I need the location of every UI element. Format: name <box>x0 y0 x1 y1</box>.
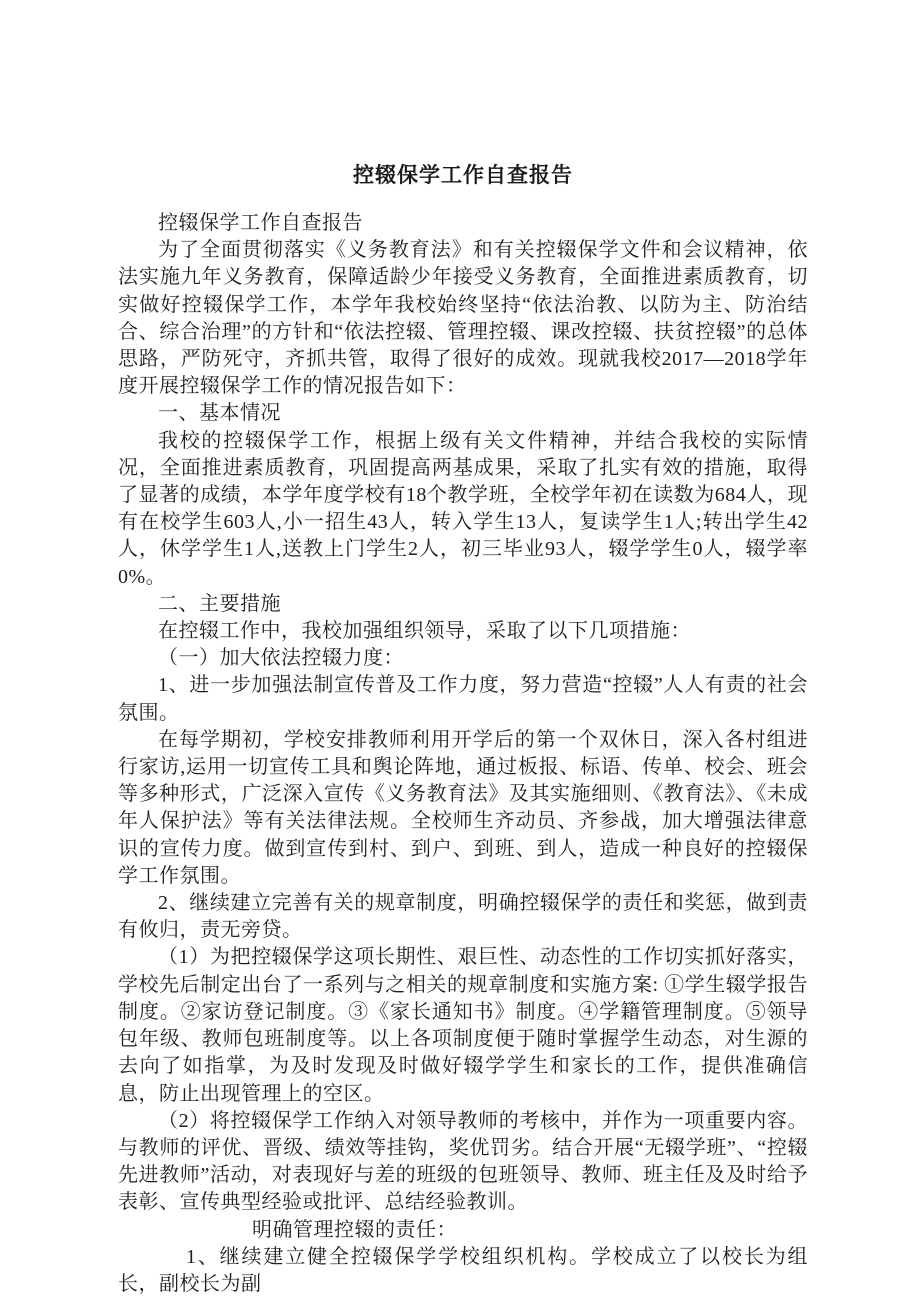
document-page: 控辍保学工作自查报告 控辍保学工作自查报告为了全面贯彻落实《义务教育法》和有关控… <box>0 0 920 1301</box>
paragraph: 2、继续建立完善有关的规章制度，明确控辍保学的责任和奖惩，做到责有攸归，责无旁贷… <box>118 890 808 944</box>
paragraph: 在控辍工作中，我校加强组织领导，采取了以下几项措施： <box>118 618 808 645</box>
paragraph: 我校的控辍保学工作，根据上级有关文件精神，并结合我校的实际情况，全面推进素质教育… <box>118 428 808 591</box>
paragraph: 明确管理控辍的责任： <box>118 1217 808 1244</box>
paragraph: 为了全面贯彻落实《义务教育法》和有关控辍保学文件和会议精神，依法实施九年义务教育… <box>118 237 808 400</box>
document-body: 控辍保学工作自查报告为了全面贯彻落实《义务教育法》和有关控辍保学文件和会议精神，… <box>118 210 808 1298</box>
paragraph: （2）将控辍保学工作纳入对领导教师的考核中，并作为一项重要内容。与教师的评优、晋… <box>118 1108 808 1217</box>
paragraph: 一、基本情况 <box>118 400 808 427</box>
paragraph: 1、进一步加强法制宣传普及工作力度，努力营造“控辍”人人有责的社会氛围。 <box>118 672 808 726</box>
paragraph: 二、主要措施 <box>118 591 808 618</box>
document-title: 控辍保学工作自查报告 <box>118 161 808 189</box>
paragraph: （一）加大依法控辍力度： <box>118 645 808 672</box>
paragraph: （1）为把控辍保学这项长期性、艰巨性、动态性的工作切实抓好落实，学校先后制定出台… <box>118 944 808 1107</box>
paragraph: 控辍保学工作自查报告 <box>118 210 808 237</box>
paragraph: 在每学期初，学校安排教师利用开学后的第一个双休日，深入各村组进行家访,运用一切宣… <box>118 727 808 890</box>
paragraph: 1、继续建立健全控辍保学学校组织机构。学校成立了以校长为组长，副校长为副 <box>118 1244 808 1298</box>
